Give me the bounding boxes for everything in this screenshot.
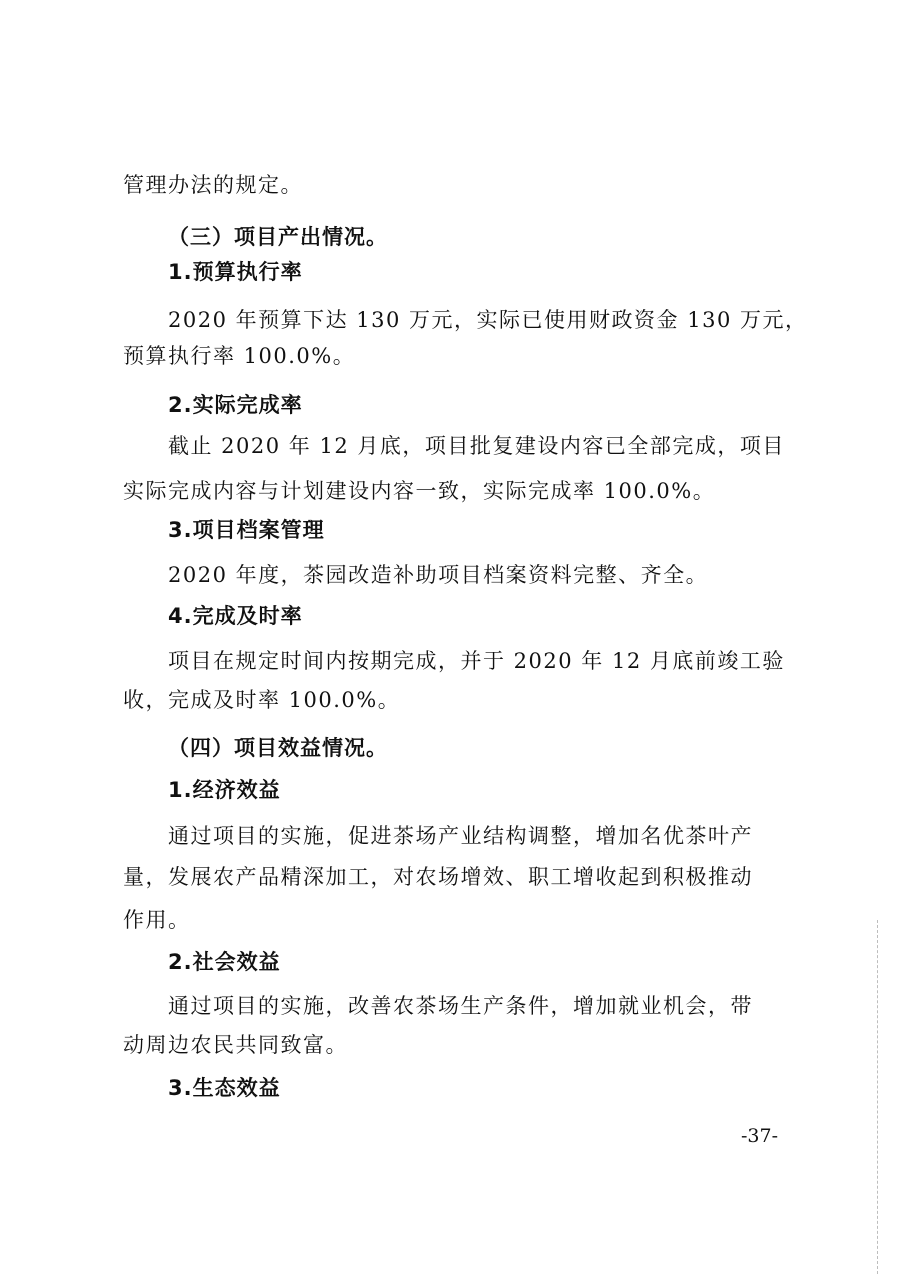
paragraph-line: 管理办法的规定。 (123, 170, 303, 200)
paragraph-line: 实际完成内容与计划建设内容一致，实际完成率 100.0%。 (123, 476, 715, 506)
subheading-archive-management: 3.项目档案管理 (168, 515, 325, 545)
subheading-economic-benefits: 1.经济效益 (168, 775, 281, 805)
subheading-timeliness-rate: 4.完成及时率 (168, 601, 303, 631)
paragraph-line: 通过项目的实施，促进茶场产业结构调整，增加名优茶叶产 (168, 821, 753, 851)
paragraph-line: 作用。 (123, 905, 191, 935)
subheading-social-benefits: 2.社会效益 (168, 947, 281, 977)
paragraph-line: 收，完成及时率 100.0%。 (123, 685, 400, 715)
section-heading-benefits: （四）项目效益情况。 (168, 733, 388, 763)
subheading-actual-completion-rate: 2.实际完成率 (168, 390, 303, 420)
paragraph-line: 2020 年预算下达 130 万元，实际已使用财政资金 130 万元， (168, 305, 807, 335)
paragraph-line: 2020 年度，茶园改造补助项目档案资料完整、齐全。 (168, 560, 708, 590)
paragraph-line: 项目在规定时间内按期完成，并于 2020 年 12 月底前竣工验 (168, 646, 785, 676)
paragraph-line: 通过项目的实施，改善农茶场生产条件，增加就业机会，带 (168, 991, 753, 1021)
subheading-budget-execution-rate: 1.预算执行率 (168, 257, 303, 287)
page-number: -37- (741, 1125, 778, 1147)
paragraph-line: 动周边农民共同致富。 (123, 1030, 348, 1060)
scan-binding-edge (877, 920, 878, 1274)
paragraph-line: 截止 2020 年 12 月底，项目批复建设内容已全部完成，项目 (168, 431, 785, 461)
document-page: 管理办法的规定。 （三）项目产出情况。 1.预算执行率 2020 年预算下达 1… (0, 0, 900, 1274)
subheading-ecological-benefits: 3.生态效益 (168, 1073, 281, 1103)
section-heading-outputs: （三）项目产出情况。 (168, 222, 388, 252)
paragraph-line: 预算执行率 100.0%。 (123, 341, 355, 371)
paragraph-line: 量，发展农产品精深加工，对农场增效、职工增收起到积极推动 (123, 862, 753, 892)
